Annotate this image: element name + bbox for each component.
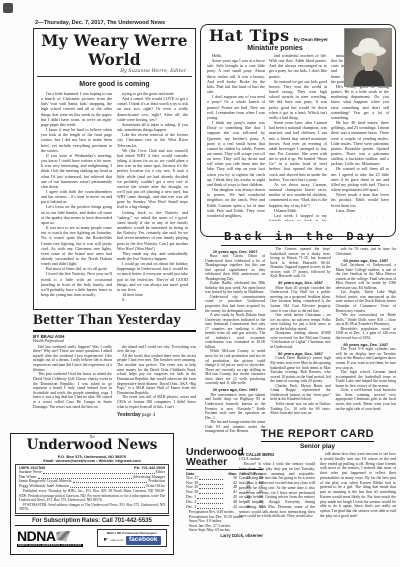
leader-dots: [197, 503, 223, 504]
paragraph: The convenience store, gas station and b…: [205, 393, 265, 420]
nameplate: Underwood News: [11, 439, 173, 453]
paragraph: It was nice to see so many people come o…: [41, 225, 112, 266]
hat-tips-box: Hat Tips By Dean Meyer Miniature ponies …: [200, 24, 396, 237]
jump-line: Yesterday page 4: [117, 412, 196, 418]
paragraph: I loved the live Nativity. Next year we'…: [41, 271, 112, 297]
table-cell: Dec. 3: [186, 505, 196, 510]
subscription-line: For Subscription Rates: Call 701-442-553…: [15, 515, 169, 526]
paragraph: sale for 53 cents, just in time for Chri…: [336, 247, 396, 256]
postmaster-info: POSTMASTER: Send address changes to The …: [19, 503, 165, 512]
leader-dots: [197, 508, 223, 509]
paragraph: So instead we got our kids good horses. …: [269, 79, 327, 120]
paragraph: If you were at Wednesday's meeting, you …: [41, 153, 112, 189]
paragraph: Coach Dave Binkley's junior high My-teen…: [270, 356, 330, 383]
paragraph: S.: [117, 297, 188, 302]
article-column-text: the island and I could see why. Everythi…: [117, 345, 196, 410]
facebook-promo-box: BHG's ND Community Newspapers ☛ Like us …: [97, 529, 167, 547]
facebook-wordmark: facebook: [126, 536, 161, 545]
subhead: 50 years ago, Dec. 1967: [270, 351, 330, 356]
article-column: the island and I could see why. Everythi…: [117, 345, 196, 442]
back-in-the-day-header: Back in the Day: [205, 227, 396, 246]
leader-dots: [73, 482, 148, 483]
paragraph: Charles Peck, Myron Bunts and Linda Hopp…: [270, 384, 330, 402]
publication-info: Published every Thursday by BHG, Inc., P…: [19, 489, 165, 502]
article-column: Hello,Some years ago I was at a horse sa…: [207, 53, 265, 221]
paragraph: I'm a little bummed. I was hoping to run…: [41, 91, 112, 127]
section-byline-title: CCLA student: [239, 457, 315, 461]
table-row: Peggy Wollmuth/ Janel JohnstonFront Offi…: [19, 484, 165, 489]
paragraph: Gail Jacobson of Underwood, a Minn State…: [336, 263, 396, 290]
paragraph: A new study by North Dakota State Univer…: [205, 313, 265, 349]
paragraph: talk about how they were nervous to see …: [320, 452, 396, 519]
paragraph: Russ and Gloria Olson of Underwood have …: [205, 254, 265, 281]
paragraph: Riverdale's population stood at 1500 as …: [336, 327, 396, 341]
ndna-flag-icon: [56, 531, 70, 542]
article-column: BY CALLIE BERG CCLA student Encore! Is w…: [239, 452, 315, 564]
paragraph: Encore! Is what I wish the seniors would…: [239, 462, 315, 519]
page-folio-line: 2—Thursday, Dec. 7, 2017, The Underwood …: [35, 20, 165, 26]
subhead: 80 years ago, Dec. 1937: [336, 342, 396, 347]
paragraph: The Ford V-8 eight cylinder cars will be…: [336, 347, 396, 370]
article-columns: I'm a little bummed. I was hoping to run…: [34, 90, 195, 310]
paragraph: Our daughter was always drawn to ponies.…: [207, 187, 265, 218]
header-spacer: [194, 471, 224, 476]
article-column: trying to get the goats and mule.And a c…: [117, 91, 188, 310]
section-headline: Better Than Yesterday: [33, 312, 196, 332]
weary-werre-world-box: My Weary Werre World By Suzanne Werre, E…: [33, 28, 196, 310]
paragraph: The Comets opened the boys' basketball s…: [270, 247, 330, 279]
article-columns: BY CALLIE BERG CCLA student Encore! Is w…: [239, 452, 396, 564]
paragraph: Underwood city commissioners voted to pu…: [205, 295, 265, 313]
article-columns: Did last weekend really happen? Was I re…: [33, 345, 196, 442]
paragraph: Like the recent removal of the former ci…: [117, 132, 188, 147]
column-headline: Miniature ponies: [209, 45, 341, 52]
ndna-logo: NDNA NORTH DAKOTA NEWSPAPER ASSOCIATION: [17, 528, 83, 547]
paragraph: I think my pony's name was Dusty or some…: [207, 120, 265, 187]
paragraph: The high school German band accompanied …: [336, 370, 396, 388]
paragraph: All the locals that worked there were th…: [117, 354, 196, 396]
paragraph: Toilet tissue was on sale at Outlaw Trad…: [270, 402, 330, 416]
article-column: Did last weekend really happen? Was I re…: [33, 345, 112, 442]
jump-page: page 4: [141, 413, 155, 418]
paragraph: Donations totaling almost $1000 were rec…: [270, 331, 330, 349]
section-subtitle: Senior play: [239, 443, 396, 450]
leader-dots: [199, 479, 223, 480]
section-title: THE REPORT CARD: [261, 428, 374, 442]
article-column: talk about how they were nervous to see …: [320, 452, 396, 564]
column-title: Hat Tips: [209, 26, 290, 45]
report-title-wrap: THE REPORT CARD: [239, 424, 396, 442]
divider-rule: [37, 76, 192, 77]
paragraph: Did last weekend really happen? Was I re…: [33, 345, 112, 373]
paragraph: He's really good at raising ponies. He i…: [331, 84, 389, 120]
paragraph: While McLean County is noted more for it…: [205, 349, 265, 385]
dean-meyer-photo: [344, 28, 392, 87]
masthead-info-box: USPS #647540 Ph: 701-442-5535 Suzanne We…: [15, 464, 169, 514]
paragraph: Some years later, after Carmen had been …: [269, 120, 327, 182]
ndna-acronym: NDNA: [17, 528, 55, 544]
subhead: 20 years ago, Dec. 1997: [205, 387, 265, 392]
table-cell: Front Office: [146, 484, 165, 489]
paragraph: Some years ago I was at a horse sale. Se…: [207, 58, 265, 94]
paragraph: He wanted to sell them all to me. I agre…: [331, 166, 389, 192]
table-cell: Peggy Wollmuth/ Janel Johnston: [19, 484, 69, 489]
article-column: I'm a little bummed. I was hoping to run…: [41, 91, 112, 310]
paragraph: More than 20 people crowded the Underwoo…: [270, 286, 330, 313]
paragraph: “We are overstocked on Bride Dolls.” Bri…: [336, 313, 396, 327]
scan-corner-artifact: [3, 3, 13, 13]
column-byline: By Dean Meyer: [294, 38, 328, 43]
facebook-promo-row: ☛ Like us on facebook: [100, 536, 164, 545]
paragraph: This past weekend I had the honor to att…: [33, 372, 112, 409]
article-column-text: Encore! Is what I wish the seniors would…: [239, 462, 315, 519]
masthead-contact: Email: unnews@westriv.com • Website: bhg…: [11, 459, 173, 463]
paragraph: The event was full of MLB players, actor…: [117, 395, 196, 409]
report-card-section: THE REPORT CARD Senior play BY CALLIE BE…: [239, 424, 396, 564]
masthead-logos: NDNA NORTH DAKOTA NEWSPAPER ASSOCIATION …: [11, 526, 173, 547]
paragraph: Later, Dean: [331, 208, 389, 213]
masthead-box: The Underwood News P.O. Box 575, Underwo…: [10, 433, 174, 555]
article-column: sale for 53 cents, just in time for Chri…: [336, 247, 396, 445]
paragraph: Getting back to the Nativity and “asking…: [117, 210, 188, 251]
dotted-separator: · · · · · · · · · ·: [331, 215, 389, 220]
facebook-promo-label: BHG's ND Community Newspapers: [100, 531, 164, 535]
article-column: 10 years ago, Dec. 2007Russ and Gloria O…: [205, 247, 265, 445]
like-hand-icon: ☛: [103, 538, 107, 543]
column-headline: More good is coming: [34, 81, 195, 88]
paragraph: I know it may be hard to believe when yo…: [41, 127, 112, 153]
leader-dots: [199, 488, 223, 489]
paragraph: Sometimes all it takes is asking. If you…: [117, 122, 188, 132]
subhead: 30 years ago, Dec. 1987: [270, 280, 330, 285]
paragraph: I could go on and on about the holiday h…: [117, 261, 188, 292]
paragraph: We (the Civic Club and arts council) had…: [117, 148, 188, 210]
newspaper-page: 2—Thursday, Dec. 7, 2017, The Underwood …: [0, 0, 400, 567]
paragraph: And a camel. We would LOVE to get a came…: [117, 96, 188, 122]
paragraph: Girls, a well-known local bachelor has b…: [336, 388, 396, 411]
paragraph: I don't suppose any of you need a pony? …: [207, 94, 265, 120]
leader-dots: [199, 493, 223, 494]
paragraph: He has 40 bred mares, three geldings, an…: [331, 120, 389, 166]
paragraph: Let's focus on the positive things going…: [41, 204, 112, 225]
section-byline-title: Health Professional: [33, 339, 196, 343]
paragraph: They made my day, and undoubtedly made t…: [117, 251, 188, 261]
leader-dots: [70, 487, 145, 488]
section-title: Back in the Day: [221, 230, 380, 246]
better-than-yesterday-section: Better Than Yesterday BY BEAU ASH Health…: [33, 312, 196, 442]
paragraph: Lia Kaplis, Turtle Lake High School juni…: [336, 290, 396, 313]
paragraph: As we drove away, Carmen, national champ…: [269, 182, 327, 208]
paragraph: I agree with both the councilmembers and…: [41, 189, 112, 204]
subhead: 10 years ago, Dec. 2007: [205, 249, 265, 254]
paragraph: One week before Christmas – no ice, no s…: [270, 313, 330, 331]
subhead: 60 years ago, Dec. 1957: [336, 258, 396, 263]
article-column: and wonderful teachers of life. With one…: [269, 53, 327, 221]
paragraph: and wonderful teachers of life. With one…: [269, 53, 327, 79]
like-us-label: Like us on: [110, 538, 124, 542]
table-cell: 42: [224, 505, 237, 510]
paragraph: Never insult a man that loves his produc…: [331, 192, 389, 207]
ndna-logo-row: NDNA: [17, 528, 83, 544]
back-in-the-day-columns: 10 years ago, Dec. 2007Russ and Gloria O…: [205, 247, 396, 445]
column-title: My Weary Werre World: [34, 31, 195, 69]
jump-word: Yesterday: [117, 412, 141, 418]
leader-dots: [197, 498, 223, 499]
paragraph: Last week I stopped at my friend's place…: [269, 213, 327, 221]
paragraph: Esther Radke celebrated her 90th birthda…: [205, 281, 265, 295]
staff-list: Suzanne WerreEditorDan WinterAdvertising…: [19, 470, 165, 489]
article-column: The Comets opened the boys' basketball s…: [270, 247, 330, 445]
paragraph: the island and I could see why. Everythi…: [117, 345, 196, 354]
ndna-caption: NORTH DAKOTA NEWSPAPER ASSOCIATION: [17, 544, 83, 547]
leader-dots: [199, 484, 223, 485]
